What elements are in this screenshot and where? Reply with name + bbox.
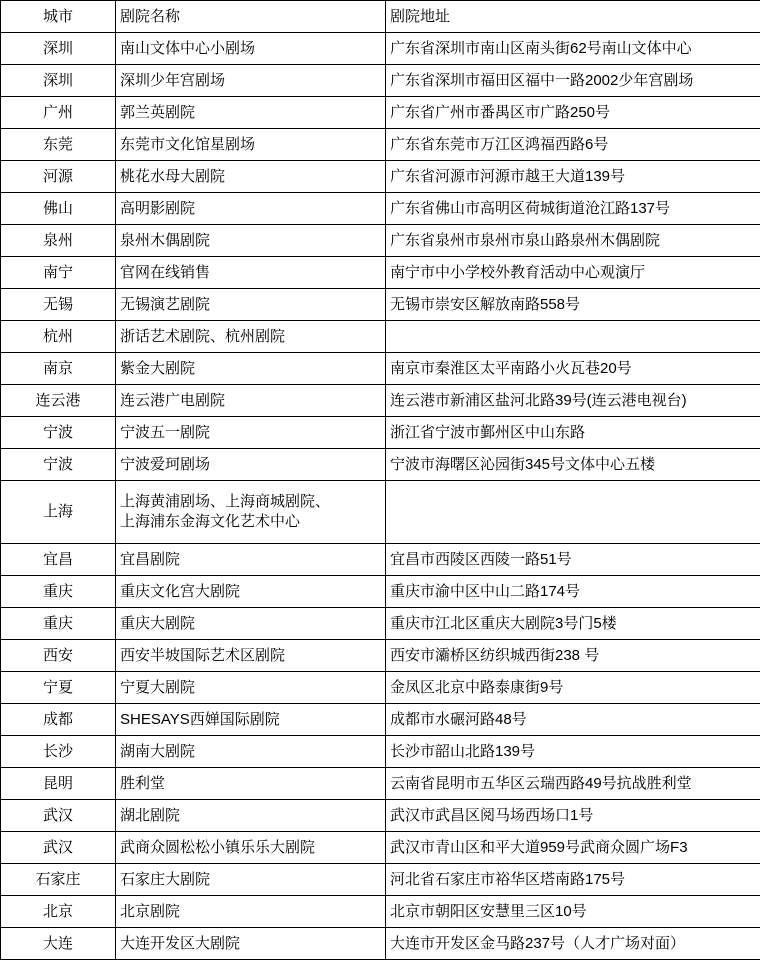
table-row: 广州郭兰英剧院广东省广州市番禺区市广路250号 [1, 97, 760, 129]
cell-city: 石家庄 [1, 864, 116, 896]
column-header-city: 城市 [1, 1, 116, 33]
cell-city: 成都 [1, 704, 116, 736]
cell-city: 长沙 [1, 736, 116, 768]
table-row: 重庆重庆大剧院重庆市江北区重庆大剧院3号门5楼 [1, 608, 760, 640]
cell-theater-address: 广东省泉州市泉州市泉山路泉州木偶剧院 [386, 225, 760, 257]
cell-city: 连云港 [1, 385, 116, 417]
cell-city: 上海 [1, 481, 116, 544]
table-row: 石家庄石家庄大剧院河北省石家庄市裕华区塔南路175号 [1, 864, 760, 896]
table-row: 东莞东莞市文化馆星剧场广东省东莞市万江区鸿福西路6号 [1, 129, 760, 161]
cell-city: 南宁 [1, 257, 116, 289]
cell-city: 广州 [1, 97, 116, 129]
cell-theater-name: 大连开发区大剧院 [116, 928, 386, 960]
cell-theater-name: 紫金大剧院 [116, 353, 386, 385]
cell-theater-name: 上海黄浦剧场、上海商城剧院、 上海浦东金海文化艺术中心 [116, 481, 386, 544]
cell-theater-address: 云南省昆明市五华区云瑞西路49号抗战胜利堂 [386, 768, 760, 800]
cell-city: 宜昌 [1, 544, 116, 576]
table-row: 宜昌宜昌剧院宜昌市西陵区西陵一路51号 [1, 544, 760, 576]
cell-theater-name: 西安半坡国际艺术区剧院 [116, 640, 386, 672]
cell-theater-address: 北京市朝阳区安慧里三区10号 [386, 896, 760, 928]
cell-theater-address: 广东省深圳市福田区福中一路2002少年宫剧场 [386, 65, 760, 97]
cell-city: 无锡 [1, 289, 116, 321]
cell-theater-name: 浙话艺术剧院、杭州剧院 [116, 321, 386, 353]
table-row: 南京紫金大剧院南京市秦淮区太平南路小火瓦巷20号 [1, 353, 760, 385]
cell-city: 宁夏 [1, 672, 116, 704]
table-row: 北京北京剧院北京市朝阳区安慧里三区10号 [1, 896, 760, 928]
cell-theater-address: 武汉市青山区和平大道959号武商众圆广场F3 [386, 832, 760, 864]
cell-theater-address: 西安市灞桥区纺织城西街238 号 [386, 640, 760, 672]
cell-theater-name: SHESAYS西婵国际剧院 [116, 704, 386, 736]
table-row: 宁波宁波爱珂剧场宁波市海曙区沁园街345号文体中心五楼 [1, 449, 760, 481]
cell-theater-name: 武商众圆松松小镇乐乐大剧院 [116, 832, 386, 864]
cell-theater-name: 桃花水母大剧院 [116, 161, 386, 193]
cell-theater-address: 宜昌市西陵区西陵一路51号 [386, 544, 760, 576]
header-row: 城市 剧院名称 剧院地址 [1, 1, 760, 33]
cell-city: 重庆 [1, 576, 116, 608]
cell-theater-name: 宁波爱珂剧场 [116, 449, 386, 481]
table-row: 深圳深圳少年宫剧场广东省深圳市福田区福中一路2002少年宫剧场 [1, 65, 760, 97]
cell-theater-name: 官网在线销售 [116, 257, 386, 289]
cell-theater-name: 郭兰英剧院 [116, 97, 386, 129]
cell-theater-address: 广东省东莞市万江区鸿福西路6号 [386, 129, 760, 161]
table-row: 杭州浙话艺术剧院、杭州剧院 [1, 321, 760, 353]
table-row: 泉州泉州木偶剧院广东省泉州市泉州市泉山路泉州木偶剧院 [1, 225, 760, 257]
table-row: 无锡无锡演艺剧院无锡市崇安区解放南路558号 [1, 289, 760, 321]
cell-theater-name: 宁夏大剧院 [116, 672, 386, 704]
cell-theater-name: 胜利堂 [116, 768, 386, 800]
cell-theater-name: 重庆大剧院 [116, 608, 386, 640]
cell-theater-address: 金凤区北京中路泰康街9号 [386, 672, 760, 704]
cell-theater-name: 东莞市文化馆星剧场 [116, 129, 386, 161]
table-row: 大连大连开发区大剧院大连市开发区金马路237号（人才广场对面） [1, 928, 760, 960]
cell-city: 武汉 [1, 800, 116, 832]
cell-theater-address: 成都市水碾河路48号 [386, 704, 760, 736]
cell-theater-address: 浙江省宁波市鄞州区中山东路 [386, 417, 760, 449]
cell-city: 昆明 [1, 768, 116, 800]
table-row: 成都SHESAYS西婵国际剧院成都市水碾河路48号 [1, 704, 760, 736]
table-row: 武汉湖北剧院武汉市武昌区阅马场西场口1号 [1, 800, 760, 832]
column-header-name: 剧院名称 [116, 1, 386, 33]
cell-city: 大连 [1, 928, 116, 960]
cell-city: 杭州 [1, 321, 116, 353]
theater-table: 城市 剧院名称 剧院地址 深圳南山文体中心小剧场广东省深圳市南山区南头街62号南… [0, 0, 760, 960]
table-row: 长沙湖南大剧院长沙市韶山北路139号 [1, 736, 760, 768]
cell-theater-address: 南京市秦淮区太平南路小火瓦巷20号 [386, 353, 760, 385]
cell-theater-name: 无锡演艺剧院 [116, 289, 386, 321]
cell-theater-address: 广东省深圳市南山区南头街62号南山文体中心 [386, 33, 760, 65]
cell-theater-name: 石家庄大剧院 [116, 864, 386, 896]
table-row: 佛山高明影剧院广东省佛山市高明区荷城街道沧江路137号 [1, 193, 760, 225]
cell-theater-address: 无锡市崇安区解放南路558号 [386, 289, 760, 321]
cell-city: 宁波 [1, 417, 116, 449]
cell-theater-name: 湖南大剧院 [116, 736, 386, 768]
cell-city: 西安 [1, 640, 116, 672]
table-row: 连云港连云港广电剧院连云港市新浦区盐河北路39号(连云港电视台) [1, 385, 760, 417]
cell-theater-address: 南宁市中小学校外教育活动中心观演厅 [386, 257, 760, 289]
cell-city: 北京 [1, 896, 116, 928]
cell-theater-name: 宁波五一剧院 [116, 417, 386, 449]
cell-theater-name: 湖北剧院 [116, 800, 386, 832]
cell-city: 河源 [1, 161, 116, 193]
cell-city: 佛山 [1, 193, 116, 225]
cell-city: 泉州 [1, 225, 116, 257]
cell-city: 深圳 [1, 65, 116, 97]
table-row: 上海上海黄浦剧场、上海商城剧院、 上海浦东金海文化艺术中心 [1, 481, 760, 544]
cell-city: 武汉 [1, 832, 116, 864]
cell-city: 深圳 [1, 33, 116, 65]
cell-theater-name: 宜昌剧院 [116, 544, 386, 576]
cell-theater-address [386, 481, 760, 544]
cell-theater-name: 高明影剧院 [116, 193, 386, 225]
table-row: 宁夏宁夏大剧院金凤区北京中路泰康街9号 [1, 672, 760, 704]
cell-theater-name: 深圳少年宫剧场 [116, 65, 386, 97]
cell-theater-address: 广东省佛山市高明区荷城街道沧江路137号 [386, 193, 760, 225]
cell-theater-address: 重庆市江北区重庆大剧院3号门5楼 [386, 608, 760, 640]
cell-city: 东莞 [1, 129, 116, 161]
table-row: 昆明胜利堂云南省昆明市五华区云瑞西路49号抗战胜利堂 [1, 768, 760, 800]
column-header-address: 剧院地址 [386, 1, 760, 33]
cell-theater-address [386, 321, 760, 353]
cell-theater-address: 武汉市武昌区阅马场西场口1号 [386, 800, 760, 832]
table-row: 西安西安半坡国际艺术区剧院西安市灞桥区纺织城西街238 号 [1, 640, 760, 672]
cell-theater-address: 重庆市渝中区中山二路174号 [386, 576, 760, 608]
cell-theater-name: 连云港广电剧院 [116, 385, 386, 417]
cell-city: 南京 [1, 353, 116, 385]
table-row: 武汉武商众圆松松小镇乐乐大剧院武汉市青山区和平大道959号武商众圆广场F3 [1, 832, 760, 864]
cell-city: 重庆 [1, 608, 116, 640]
table-row: 河源桃花水母大剧院广东省河源市河源市越王大道139号 [1, 161, 760, 193]
cell-theater-name: 重庆文化宫大剧院 [116, 576, 386, 608]
table-body: 深圳南山文体中心小剧场广东省深圳市南山区南头街62号南山文体中心深圳深圳少年宫剧… [1, 33, 760, 960]
cell-theater-address: 河北省石家庄市裕华区塔南路175号 [386, 864, 760, 896]
cell-theater-address: 长沙市韶山北路139号 [386, 736, 760, 768]
cell-theater-address: 宁波市海曙区沁园街345号文体中心五楼 [386, 449, 760, 481]
cell-theater-name: 北京剧院 [116, 896, 386, 928]
table-row: 宁波宁波五一剧院浙江省宁波市鄞州区中山东路 [1, 417, 760, 449]
table-row: 深圳南山文体中心小剧场广东省深圳市南山区南头街62号南山文体中心 [1, 33, 760, 65]
cell-theater-address: 广东省河源市河源市越王大道139号 [386, 161, 760, 193]
cell-city: 宁波 [1, 449, 116, 481]
cell-theater-name: 南山文体中心小剧场 [116, 33, 386, 65]
table-header: 城市 剧院名称 剧院地址 [1, 1, 760, 33]
cell-theater-address: 连云港市新浦区盐河北路39号(连云港电视台) [386, 385, 760, 417]
table-row: 重庆重庆文化宫大剧院重庆市渝中区中山二路174号 [1, 576, 760, 608]
cell-theater-address: 广东省广州市番禺区市广路250号 [386, 97, 760, 129]
cell-theater-name: 泉州木偶剧院 [116, 225, 386, 257]
cell-theater-address: 大连市开发区金马路237号（人才广场对面） [386, 928, 760, 960]
table-row: 南宁官网在线销售南宁市中小学校外教育活动中心观演厅 [1, 257, 760, 289]
